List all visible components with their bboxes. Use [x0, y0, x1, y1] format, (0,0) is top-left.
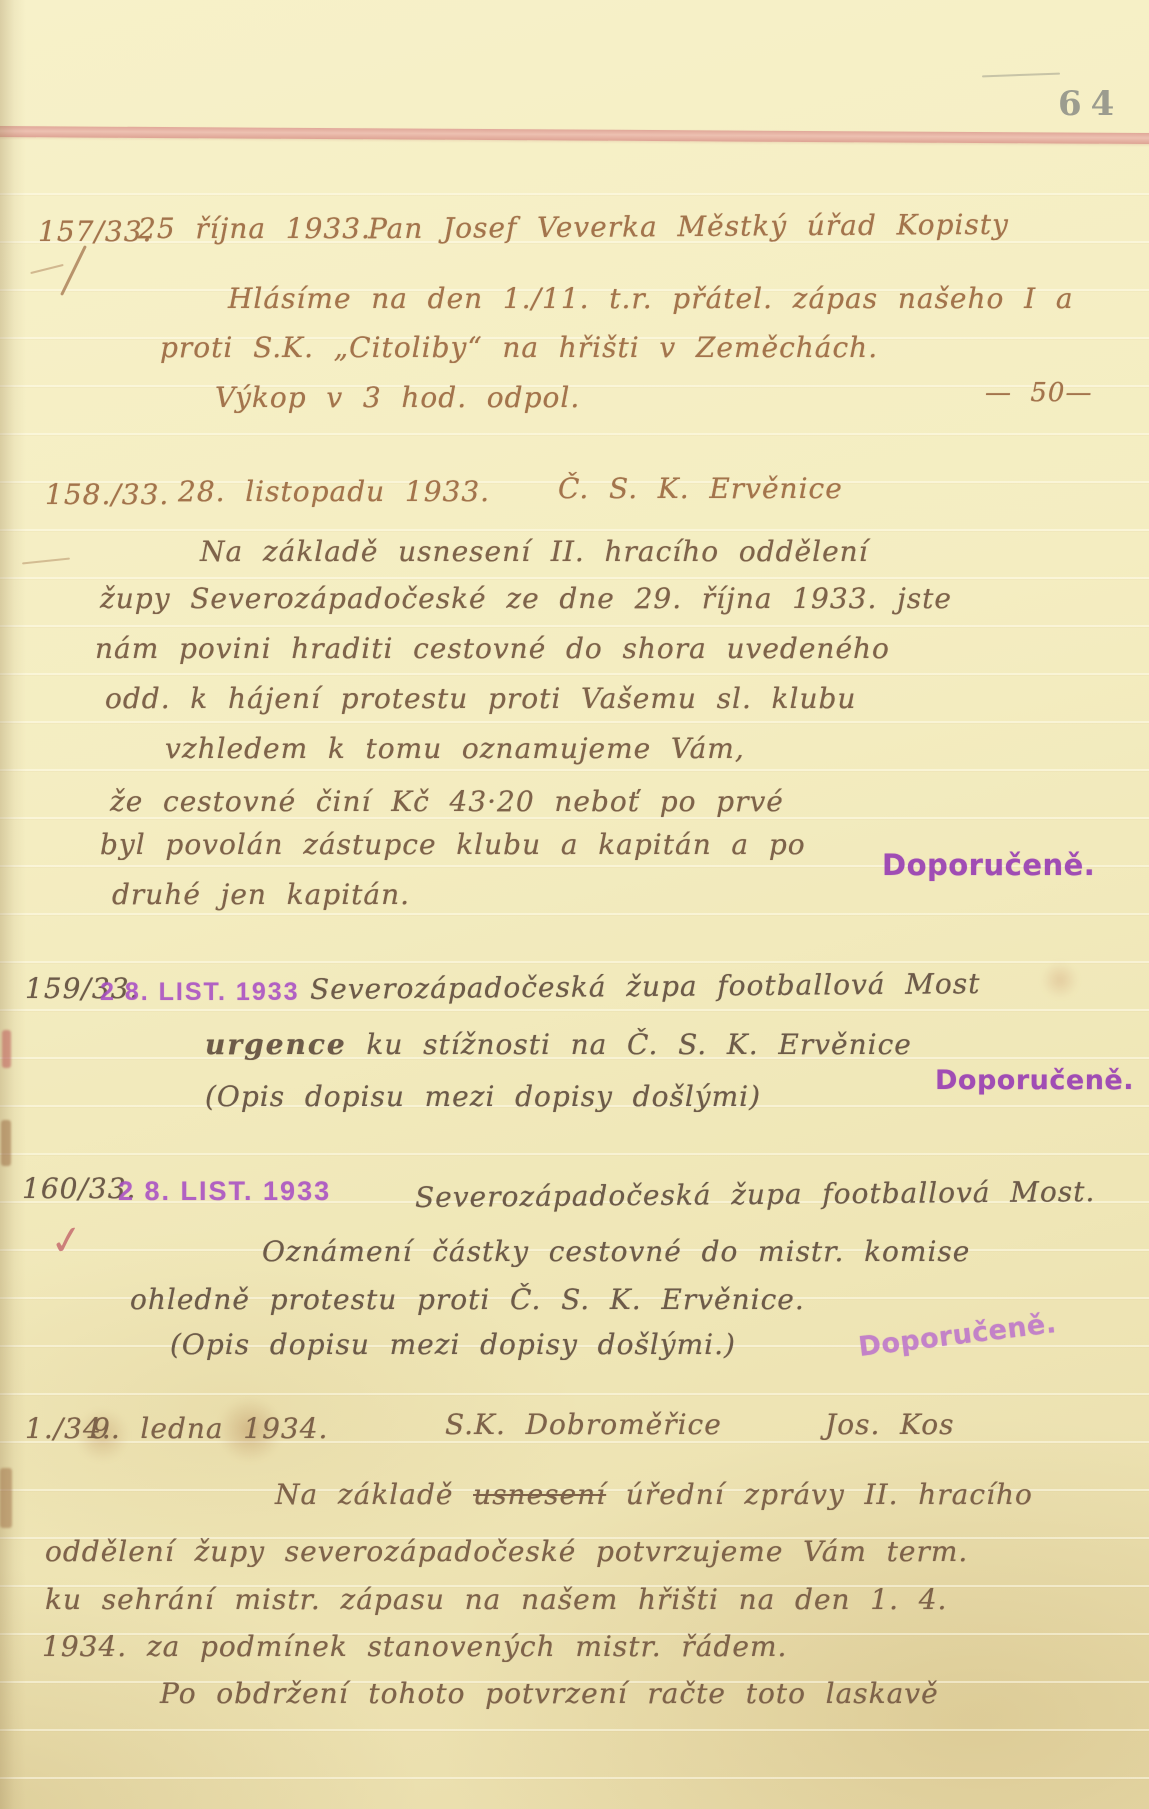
date-received-stamp: 2 8. LIST. 1933: [100, 978, 300, 1007]
entry134-struck-word: usnesení: [473, 1478, 606, 1511]
ledger-page: 64 157/33. 25 října 1933. Pan Josef Veve…: [0, 0, 1149, 1809]
registered-stamp: Doporučeně.: [935, 1065, 1134, 1096]
edge-ink-mark: [0, 1468, 12, 1528]
entry134-line1: Na základě usnesení úřední zprávy II. hr…: [275, 1478, 1033, 1511]
entry158-date: 28. listopadu 1933.: [178, 475, 490, 508]
entry157-line2: proti S.K. „Citoliby“ na hřišti v Zeměch…: [160, 331, 878, 364]
entry157-addressee: Pan Josef Veverka Městký úřad Kopisty: [368, 208, 1009, 245]
entry134-date: 9. ledna 1934.: [92, 1412, 328, 1445]
entry159-line1-word: urgence: [205, 1028, 347, 1061]
entry160-line1: Oznámení částky cestovné do mistr. komis…: [262, 1235, 970, 1268]
registered-stamp: Doporučeně.: [857, 1308, 1058, 1363]
red-checkmark: ✓: [47, 1216, 87, 1266]
entry134-line4: 1934. za podmínek stanovených mistr. řád…: [42, 1630, 787, 1663]
entry134-line2: oddělení župy severozápadočeské potvrzuj…: [45, 1535, 968, 1568]
entry159-line2: (Opis dopisu mezi dopisy došlými): [205, 1080, 761, 1113]
entry157-line3: Výkop v 3 hod. odpol.: [215, 381, 580, 414]
entry134-addressee-club: S.K. Dobroměřice: [445, 1408, 722, 1441]
entry159-line1-rest: ku stížnosti na Č. S. K. Ervěnice: [347, 1028, 912, 1061]
entry159-line1: urgence ku stížnosti na Č. S. K. Ervěnic…: [205, 1028, 912, 1061]
edge-ink-mark: [1, 1120, 11, 1166]
entry134-line1-pre: Na základě: [275, 1478, 473, 1511]
entry158-addressee: Č. S. K. Ervěnice: [558, 472, 843, 505]
margin-dash: [30, 264, 63, 274]
pencil-mark: [982, 73, 1060, 78]
entry159-heading: Severozápadočeská župa footballová Most: [310, 967, 981, 1006]
entry134-addressee-person: Jos. Kos: [825, 1408, 954, 1441]
date-received-stamp: 2 8. LIST. 1933: [118, 1176, 331, 1207]
page-number: 64: [1058, 84, 1123, 124]
entry158-line8: druhé jen kapitán.: [112, 878, 410, 911]
entry157-amount: — 50—: [985, 378, 1092, 408]
entry158-line4: odd. k hájení protestu proti Vašemu sl. …: [105, 682, 856, 715]
entry158-line1: Na základě usnesení II. hracího oddělení: [200, 535, 869, 568]
entry160-line2: ohledně protestu proti Č. S. K. Ervěnice…: [130, 1283, 805, 1316]
left-edge-shadow: [0, 0, 26, 1809]
entry157-date: 25 října 1933.: [138, 212, 371, 245]
registered-stamp: Doporučeně.: [882, 848, 1095, 882]
paper-stain: [1040, 960, 1080, 1000]
entry158-line5: vzhledem k tomu oznamujeme Vám,: [165, 732, 745, 765]
entry157-number: 157/33.: [38, 215, 152, 248]
entry158-line6: že cestovné činí Kč 43·20 neboť po prvé: [110, 785, 784, 818]
entry158-line3: nám povini hraditi cestovné do shora uve…: [95, 632, 890, 665]
entry160-line3: (Opis dopisu mezi dopisy došlými.): [170, 1328, 736, 1361]
entry160-heading: Severozápadočeská župa footballová Most.: [415, 1175, 1096, 1214]
entry158-line7: byl povolán zástupce klubu a kapitán a p…: [100, 828, 806, 861]
entry158-number: 158./33.: [45, 478, 169, 511]
edge-ink-mark: [2, 1030, 11, 1068]
header-pink-rule: [0, 126, 1149, 144]
entry157-number-flourish: [60, 245, 87, 296]
entry134-line3: ku sehrání mistr. zápasu na našem hřišti…: [45, 1583, 947, 1616]
entry157-line1: Hlásíme na den 1./11. t.r. přátel. zápas…: [228, 282, 1074, 315]
margin-dash: [22, 557, 70, 564]
entry158-line2: župy Severozápadočeské ze dne 29. října …: [100, 582, 952, 615]
entry134-line5: Po obdržení tohoto potvrzení račte toto …: [160, 1677, 939, 1710]
entry134-line1-post: úřední zprávy II. hracího: [606, 1478, 1033, 1511]
